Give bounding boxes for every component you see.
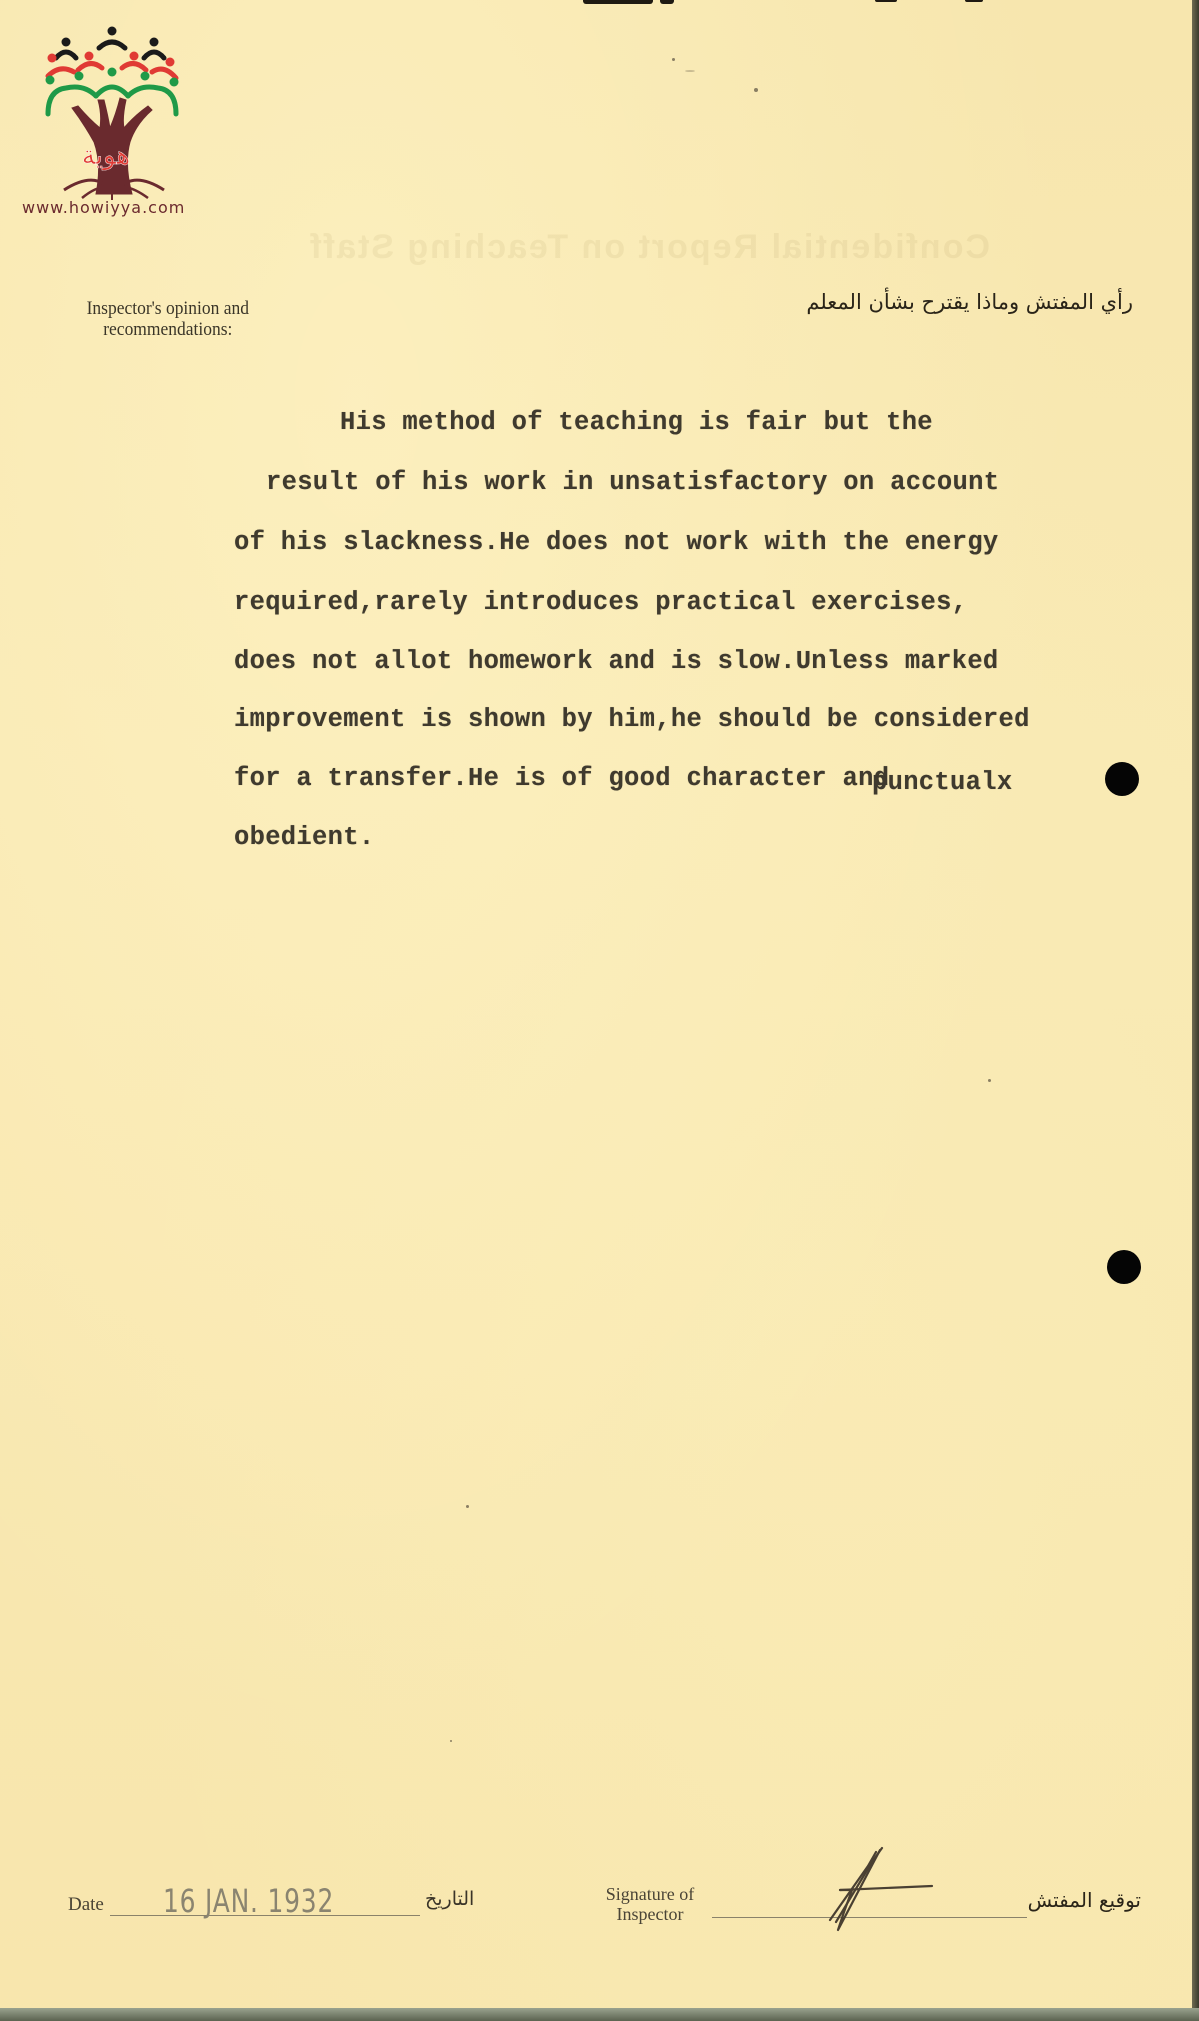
body-line-3: of his slackness.He does not work with t… <box>234 528 999 557</box>
signature-label-line-2: Inspector <box>585 1904 715 1924</box>
top-edge-smudge <box>660 0 674 4</box>
struck-out-word: punctualx <box>872 768 1012 797</box>
body-line-4: required,rarely introduces practical exe… <box>234 588 967 617</box>
top-edge-smudge <box>965 0 983 2</box>
inspector-opinion-label-arabic: رأي المفتش وماذا يقترح بشأن المعلم <box>806 290 1133 314</box>
paper-speck <box>754 88 758 92</box>
punch-hole <box>1107 1250 1141 1284</box>
date-label-arabic: التاريخ <box>425 1888 474 1910</box>
punch-hole <box>1105 762 1139 796</box>
date-label: Date <box>68 1894 104 1916</box>
date-stamp: 16 JAN. 1932 <box>163 1882 334 1920</box>
top-edge-smudge <box>875 0 897 2</box>
signature-label: Signature of Inspector <box>585 1884 715 1924</box>
label-line-2: recommendations: <box>62 319 274 340</box>
paper-speck <box>685 70 695 72</box>
signature-label-arabic: توقيع المفتش <box>1028 1888 1141 1912</box>
body-line-7: for a transfer.He is of good character a… <box>234 764 889 793</box>
signature-label-line-1: Signature of <box>585 1884 715 1904</box>
label-line-1: Inspector's opinion and <box>62 298 274 319</box>
body-line-6: improvement is shown by him,he should be… <box>234 705 1030 734</box>
watermark-url: www.howiyya.com <box>22 198 185 217</box>
body-line-1: His method of teaching is fair but the <box>340 408 933 437</box>
paper-speck <box>988 1079 991 1082</box>
page-bottom-edge <box>0 2008 1199 2021</box>
inspector-opinion-label: Inspector's opinion and recommendations: <box>62 298 274 340</box>
inspector-signature-icon <box>820 1838 940 1938</box>
top-edge-smudge <box>583 0 653 4</box>
paper-speck <box>466 1505 469 1508</box>
body-line-8: obedient. <box>234 823 374 852</box>
paper-speck <box>450 1740 452 1742</box>
body-line-5: does not allot homework and is slow.Unle… <box>234 647 999 676</box>
paper-speck <box>672 58 675 61</box>
body-line-2: result of his work in unsatisfactory on … <box>266 468 999 497</box>
show-through-text: Confidential Report on Teaching Staff <box>230 228 990 267</box>
howiyya-logo-icon: هوية <box>44 24 180 200</box>
svg-text:هوية: هوية <box>82 141 130 171</box>
page-right-edge <box>1192 0 1199 2021</box>
